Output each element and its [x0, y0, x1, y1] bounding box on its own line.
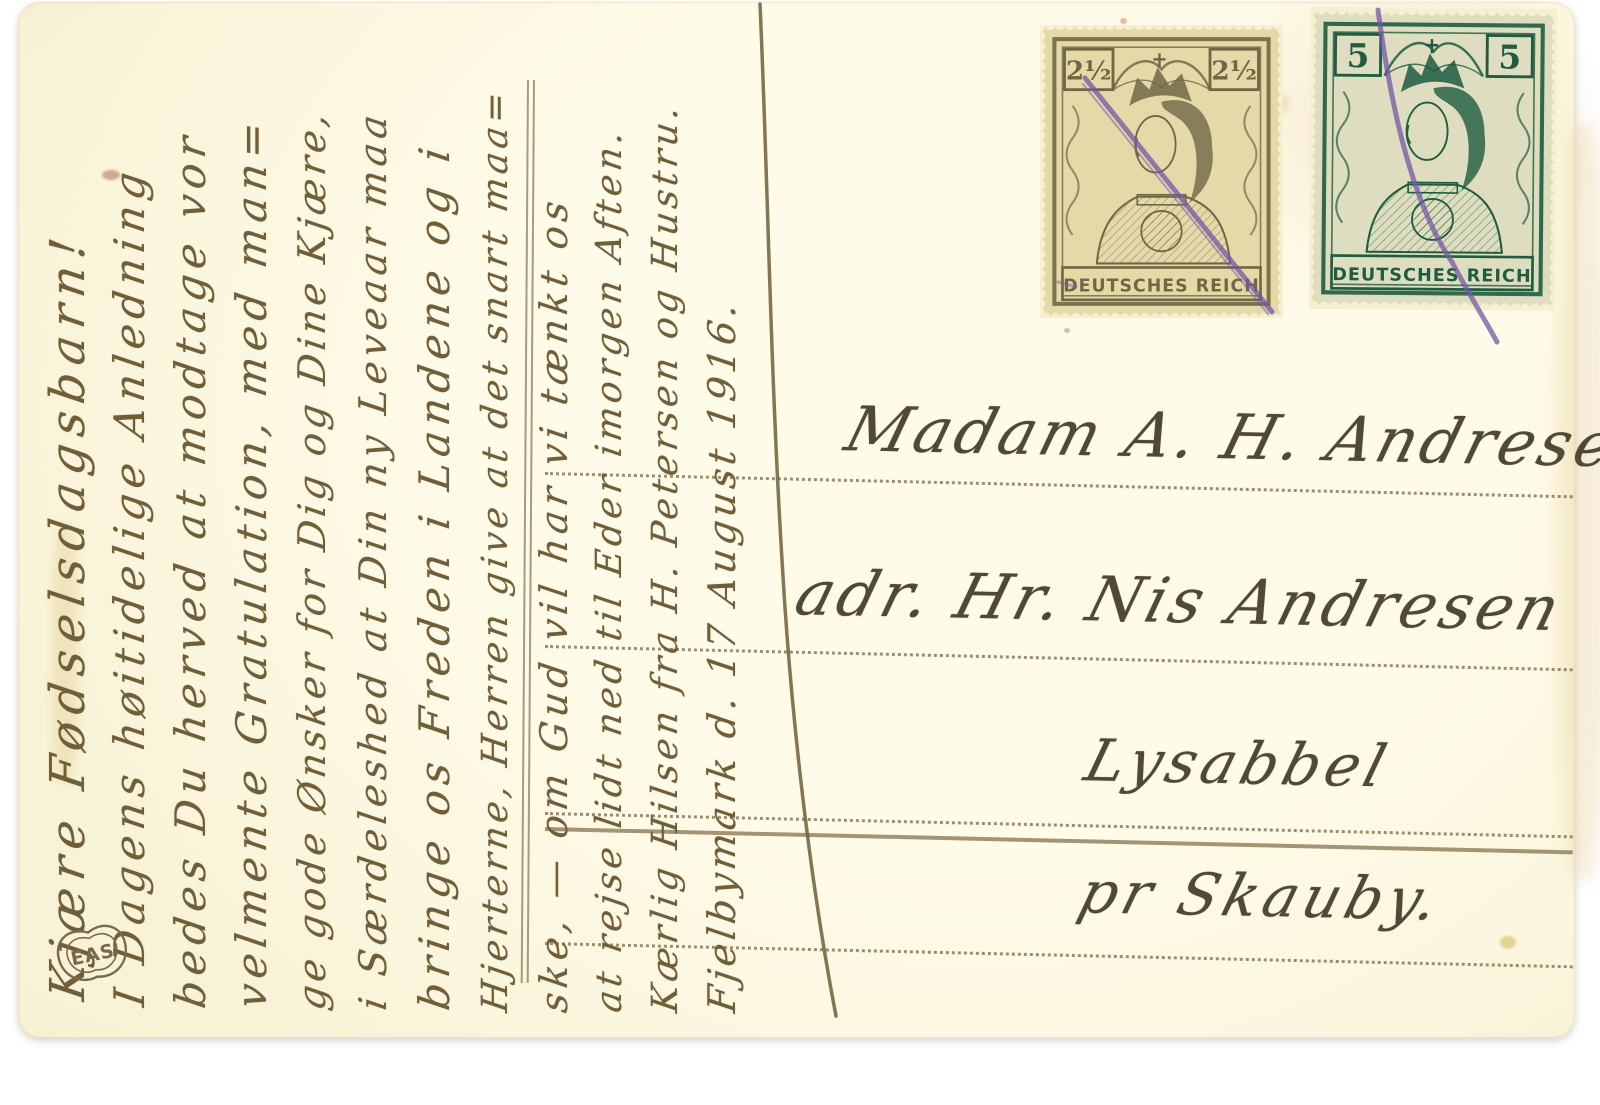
- stamp-country-label: DEUTSCHES REICH: [1063, 277, 1260, 297]
- scanned-postcard-back: Kjære Fødselsdagsbarn! I Dagens høitidel…: [0, 0, 1600, 1105]
- message-line-8: Hjerterne, Herren give at det snart maa=: [465, 9, 526, 1018]
- paper-stain: [1558, 122, 1600, 882]
- message-line-5: ge gode Ønsker for Dig og Dine Kjære,: [282, 9, 343, 1018]
- message-line-6: i Særdeleshed at Din ny Leveaar maa: [343, 9, 404, 1018]
- message-line-12: Fjelbymark d. 17 August 1916.: [694, 10, 750, 1018]
- message-line-11: Kærlig Hilsen fra H. Petersen og Hustru.: [638, 10, 694, 1018]
- message-line-10: at rejse lidt ned til Eder imorgen Aften…: [582, 10, 638, 1018]
- stamp-germania-5: 5 5 DEUTSCHES REICH: [1309, 7, 1558, 311]
- stamp-germania-2half: 2½ 2½ DEUTSCHES REICH: [1040, 25, 1283, 318]
- stamp-country-label: DEUTSCHES REICH: [1332, 265, 1532, 287]
- stamp-value-left: 2½: [1066, 56, 1112, 87]
- address-place: Lysabbel: [1078, 726, 1398, 800]
- message-line-4: velmente Gratulation, med man=: [221, 9, 282, 1018]
- paper-stain: [1064, 328, 1070, 333]
- stamp-value-right: 5: [1498, 37, 1521, 76]
- paper-stain: [1500, 936, 1516, 949]
- stamp-value-right: 2½: [1211, 56, 1257, 87]
- message-line-1: Kjære Fødselsdagsbarn!: [38, 9, 99, 1018]
- paper-stain: [1120, 18, 1127, 24]
- stamp-value-left: 5: [1346, 36, 1369, 75]
- handwritten-message-block: Kjære Fødselsdagsbarn! I Dagens høitidel…: [38, 18, 768, 1018]
- message-line-3: bedes Du herved at modtage vor: [160, 9, 221, 1018]
- address-district: pr Skauby.: [1072, 858, 1451, 933]
- message-line-9: ske, — om Gud vil har vi tænkt os: [526, 10, 582, 1018]
- message-line-7: bringe os Freden i Landene og i: [404, 9, 465, 1018]
- message-line-2: I Dagens høitidelige Anledning: [99, 9, 160, 1018]
